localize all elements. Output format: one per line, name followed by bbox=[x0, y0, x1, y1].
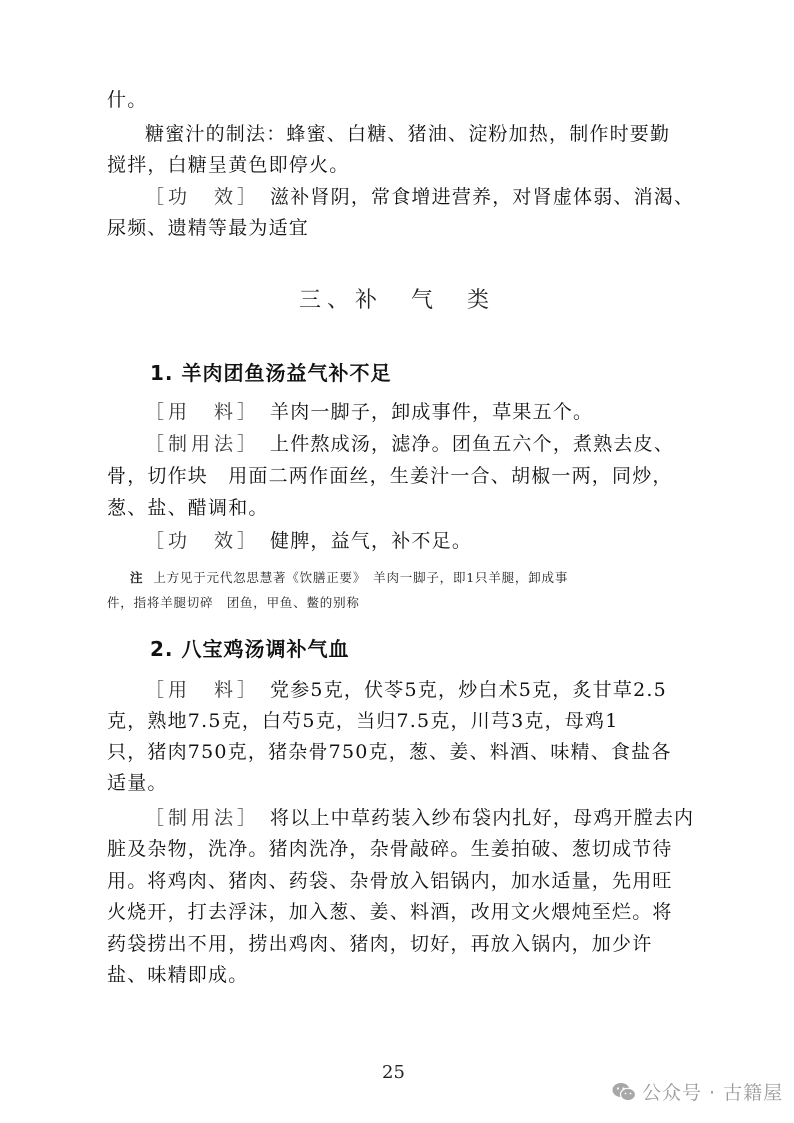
recipe-2-ingredients-line-3: 只，猪肉750克，猪杂骨750克，葱、姜、料酒、味精、食盐各 bbox=[107, 741, 672, 763]
ingredients-text: 羊肉一脚子，卸成事件，草果五个。 bbox=[270, 401, 593, 423]
recipe-2-method-line-6: 盐、味精即成。 bbox=[107, 964, 248, 986]
recipe-1-note-line-2: 件，指将羊腿切碎 团鱼，甲鱼、鳖的别称 bbox=[107, 595, 360, 611]
method-text: 上件熬成汤，滤净。团鱼五六个，煮熟去皮、 bbox=[270, 433, 674, 455]
recipe-2-method-line-5: 药袋捞出不用，捞出鸡肉、猪肉，切好，再放入锅内，加少许 bbox=[107, 933, 652, 955]
watermark: 公众号 · 古籍屋 bbox=[612, 1078, 783, 1105]
recipe-2-method-line-1: ［制用法］将以上中草药装入纱布袋内扎好，母鸡开膛去内 bbox=[145, 807, 694, 829]
method-text: 将以上中草药装入纱布袋内扎好，母鸡开膛去内 bbox=[270, 807, 694, 829]
method-label: ［制用法］ bbox=[145, 807, 260, 829]
wechat-icon bbox=[612, 1082, 636, 1102]
recipe-2-method-line-4: 火烧开，打去浮沫，加入葱、姜、料酒，改用文火煨炖至烂。将 bbox=[107, 901, 673, 923]
efficacy-text: 滋补肾阴，常食增进营养，对肾虚体弱、消渴、 bbox=[270, 186, 694, 208]
recipe-2-ingredients-line-2: 克，熟地7.5克，白芍5克，当归7.5克，川芎3克，母鸡1 bbox=[107, 710, 619, 732]
ingredients-label: ［用 料］ bbox=[145, 401, 260, 423]
section-title: 三、补 气 类 bbox=[0, 283, 794, 314]
page-number: 25 bbox=[382, 1062, 405, 1083]
syrup-method-line-1: 糖蜜汁的制法：蜂蜜、白糖、猪油、淀粉加热，制作时要勤 bbox=[145, 123, 670, 145]
efficacy-label: ［功 效］ bbox=[145, 530, 260, 552]
recipe-1-ingredients: ［用 料］羊肉一脚子，卸成事件，草果五个。 bbox=[145, 401, 593, 423]
note-label: 注 bbox=[130, 570, 143, 585]
recipe-2-ingredients-line-4: 适量。 bbox=[107, 772, 168, 794]
efficacy-line-1: ［功 效］滋补肾阴，常食增进营养，对肾虚体弱、消渴、 bbox=[145, 186, 694, 208]
recipe-1-method-line-2: 骨，切作块 用面二两作面丝，生姜汁一合、胡椒一两，同炒， bbox=[107, 465, 673, 487]
recipe-2-ingredients-line-1: ［用 料］党参5克，伏苓5克，炒白术5克，炙甘草2.5 bbox=[145, 679, 667, 701]
recipe-1-efficacy: ［功 效］健脾，益气，补不足。 bbox=[145, 530, 472, 552]
ingredients-text: 党参5克，伏苓5克，炒白术5克，炙甘草2.5 bbox=[270, 679, 667, 701]
recipe-2-heading: 2. 八宝鸡汤调补气血 bbox=[150, 633, 349, 662]
note-text: 上方见于元代忽思慧著《饮膳正要》 羊肉一脚子，即1只羊腿，卸成事 bbox=[153, 570, 568, 585]
efficacy-line-2: 尿频、遗精等最为适宜 bbox=[107, 217, 309, 239]
watermark-text: 公众号 · 古籍屋 bbox=[642, 1078, 783, 1105]
syrup-method-line-2: 搅拌，白糖呈黄色即停火。 bbox=[107, 154, 349, 176]
recipe-2-method-line-3: 用。将鸡肉、猪肉、药袋、杂骨放入铝锅内，加水适量，先用旺 bbox=[107, 870, 673, 892]
recipe-1-method-line-1: ［制用法］上件熬成汤，滤净。团鱼五六个，煮熟去皮、 bbox=[145, 433, 674, 455]
ingredients-label: ［用 料］ bbox=[145, 679, 260, 701]
recipe-1-method-line-3: 葱、盐、醋调和。 bbox=[107, 497, 269, 519]
efficacy-text: 健脾，益气，补不足。 bbox=[270, 530, 472, 552]
book-page: 什。 糖蜜汁的制法：蜂蜜、白糖、猪油、淀粉加热，制作时要勤 搅拌，白糖呈黄色即停… bbox=[0, 0, 794, 1123]
method-label: ［制用法］ bbox=[145, 433, 260, 455]
recipe-1-note-line-1: 注上方见于元代忽思慧著《饮膳正要》 羊肉一脚子，即1只羊腿，卸成事 bbox=[130, 570, 568, 586]
continuation-line: 什。 bbox=[107, 89, 147, 111]
recipe-2-method-line-2: 脏及杂物，洗净。猪肉洗净，杂骨敲碎。生姜拍破、葱切成节待 bbox=[107, 838, 673, 860]
recipe-1-heading: 1. 羊肉团鱼汤益气补不足 bbox=[150, 357, 391, 386]
efficacy-label: ［功 效］ bbox=[145, 186, 260, 208]
